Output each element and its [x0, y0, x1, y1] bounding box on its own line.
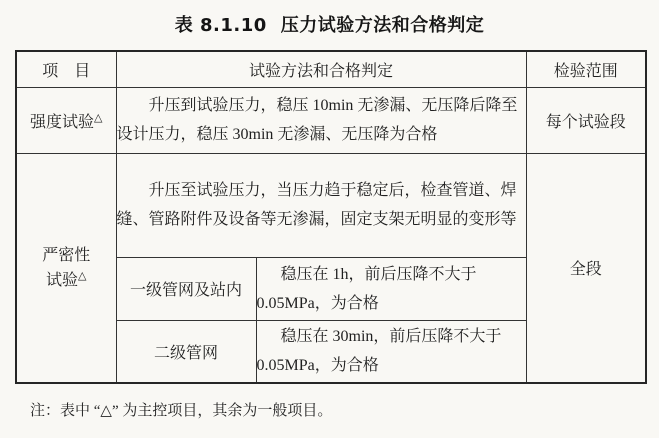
- table-number: 表 8.1.10: [175, 15, 267, 36]
- header-row: 项 目 试验方法和合格判定 检验范围: [16, 51, 646, 87]
- table-caption: 表 8.1.10压力试验方法和合格判定: [0, 11, 659, 37]
- strength-scope-cell: 每个试验段: [526, 87, 646, 153]
- header-method-cell: 试验方法和合格判定: [116, 51, 526, 87]
- table-note: 注：表中 “△” 为主控项目，其余为一般项目。: [30, 399, 659, 420]
- pressure-test-table: 项 目 试验方法和合格判定 检验范围 强度试验△ 升压到试验压力，稳压 10mi…: [15, 50, 647, 384]
- secondary-network-criteria-text: 稳压在 30min，前后压降不大于 0.05MPa，为合格: [257, 322, 526, 380]
- tightness-label-line1: 严密性: [17, 243, 116, 268]
- strength-method-cell: 升压到试验压力，稳压 10min 无渗漏、无压降后降至设计压力，稳压 30min…: [116, 87, 526, 153]
- triangle-marker-icon: △: [94, 112, 102, 124]
- primary-network-name-cell: 一级管网及站内: [116, 257, 256, 320]
- triangle-marker-icon: △: [78, 270, 86, 282]
- primary-network-criteria-text: 稳压在 1h，前后压降不大于 0.05MPa，为合格: [257, 260, 526, 318]
- strength-label: 强度试验: [30, 114, 94, 131]
- tightness-general-method-text: 升压至试验压力，当压力趋于稳定后，检查管道、焊缝、管路附件及设备等无渗漏，固定支…: [117, 176, 526, 234]
- tightness-scope-cell: 全段: [526, 153, 646, 383]
- header-scope-cell: 检验范围: [526, 51, 646, 87]
- strength-test-row: 强度试验△ 升压到试验压力，稳压 10min 无渗漏、无压降后降至设计压力，稳压…: [16, 87, 646, 153]
- secondary-network-criteria-cell: 稳压在 30min，前后压降不大于 0.05MPa，为合格: [256, 320, 526, 383]
- primary-network-criteria-cell: 稳压在 1h，前后压降不大于 0.05MPa，为合格: [256, 257, 526, 320]
- tightness-label-line2: 试验△: [17, 268, 116, 293]
- strength-method-text: 升压到试验压力，稳压 10min 无渗漏、无压降后降至设计压力，稳压 30min…: [117, 91, 526, 149]
- strength-label-cell: 强度试验△: [16, 87, 116, 153]
- tightness-test-row: 严密性 试验△ 升压至试验压力，当压力趋于稳定后，检查管道、焊缝、管路附件及设备…: [16, 153, 646, 257]
- tightness-general-method-cell: 升压至试验压力，当压力趋于稳定后，检查管道、焊缝、管路附件及设备等无渗漏，固定支…: [116, 153, 526, 257]
- tightness-label-text: 试验: [46, 272, 78, 289]
- secondary-network-name-cell: 二级管网: [116, 320, 256, 383]
- table-title-text: 压力试验方法和合格判定: [281, 15, 485, 36]
- tightness-label-cell: 严密性 试验△: [16, 153, 116, 383]
- header-item-cell: 项 目: [16, 51, 116, 87]
